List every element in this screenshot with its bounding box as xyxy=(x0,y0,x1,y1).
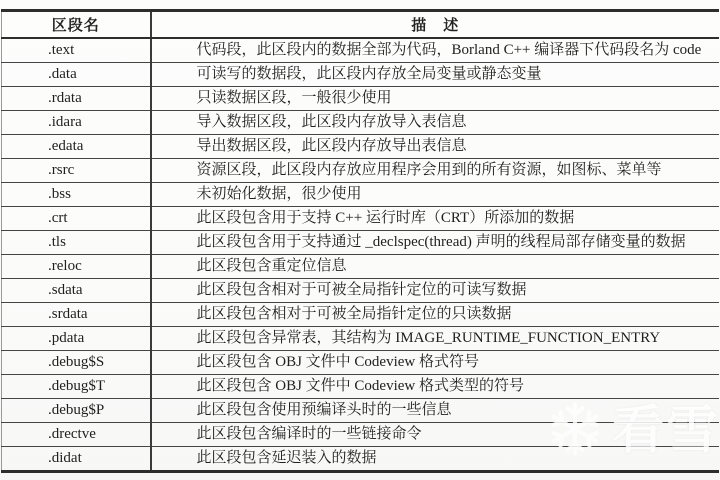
section-name-cell: .drectve xyxy=(2,423,151,447)
scanned-page-background: 区段名 描 述 .text 代码段，此区段内的数据全部为代码，Borland C… xyxy=(0,0,720,480)
table-row: .bss 未初始化数据，很少使用 xyxy=(2,183,720,207)
table-row: .debug$T 此区段包含 OBJ 文件中 Codeview 格式类型的符号 xyxy=(2,375,720,399)
table-row: .rdata 只读数据区段，一般很少使用 xyxy=(2,87,720,111)
section-name-cell: .bss xyxy=(2,183,151,207)
table-row: .tls 此区段包含用于支持通过 _declspec(thread) 声明的线程… xyxy=(2,231,720,255)
section-name-cell: .debug$S xyxy=(2,351,151,375)
section-desc-cell: 此区段包含相对于可被全局指针定位的可读写数据 xyxy=(151,279,720,303)
section-name-cell: .tls xyxy=(2,231,151,255)
section-name-cell: .idara xyxy=(2,111,151,135)
section-name-cell: .edata xyxy=(2,135,151,159)
section-desc-cell: 此区段包含编译时的一些链接命令 xyxy=(151,423,720,447)
section-name-cell: .sdata xyxy=(2,279,151,303)
section-name-cell: .text xyxy=(2,38,151,63)
section-desc-cell: 此区段包含 OBJ 文件中 Codeview 格式符号 xyxy=(151,351,720,375)
table-row: .sdata 此区段包含相对于可被全局指针定位的可读写数据 xyxy=(2,279,720,303)
section-name-cell: .debug$P xyxy=(2,399,151,423)
table-row: .srdata 此区段包含相对于可被全局指针定位的只读数据 xyxy=(2,303,720,327)
column-header-section-name: 区段名 xyxy=(2,11,151,39)
section-desc-cell: 此区段包含用于支持通过 _declspec(thread) 声明的线程局部存储变… xyxy=(151,231,720,255)
section-desc-cell: 资源区段，此区段内存放应用程序会用到的所有资源，如图标、菜单等 xyxy=(151,159,720,183)
section-desc-cell: 此区段包含相对于可被全局指针定位的只读数据 xyxy=(151,303,720,327)
table-row: .text 代码段，此区段内的数据全部为代码，Borland C++ 编译器下代… xyxy=(2,38,720,63)
section-desc-cell: 此区段包含 OBJ 文件中 Codeview 格式类型的符号 xyxy=(151,375,720,399)
section-name-cell: .data xyxy=(2,63,151,87)
section-name-cell: .didat xyxy=(2,447,151,472)
table-row: .drectve 此区段包含编译时的一些链接命令 xyxy=(2,423,720,447)
table-row: .debug$P 此区段包含使用预编译头时的一些信息 xyxy=(2,399,720,423)
section-desc-cell: 此区段包含异常表，其结构为 IMAGE_RUNTIME_FUNCTION_ENT… xyxy=(151,327,720,351)
section-desc-cell: 导入数据区段，此区段内存放导入表信息 xyxy=(151,111,720,135)
section-desc-cell: 此区段包含使用预编译头时的一些信息 xyxy=(151,399,720,423)
table-row: .didat 此区段包含延迟装入的数据 xyxy=(2,447,720,472)
column-header-description: 描 述 xyxy=(151,11,720,39)
section-desc-cell: 可读写的数据段，此区段内存放全局变量或静态变量 xyxy=(151,63,720,87)
section-desc-cell: 此区段包含用于支持 C++ 运行时库（CRT）所添加的数据 xyxy=(151,207,720,231)
section-name-cell: .pdata xyxy=(2,327,151,351)
section-desc-cell: 导出数据区段，此区段内存放导出表信息 xyxy=(151,135,720,159)
section-name-cell: .rsrc xyxy=(2,159,151,183)
pe-section-table: 区段名 描 述 .text 代码段，此区段内的数据全部为代码，Borland C… xyxy=(1,9,719,473)
section-name-cell: .debug$T xyxy=(2,375,151,399)
table-row: .edata 导出数据区段，此区段内存放导出表信息 xyxy=(2,135,720,159)
table-row: .debug$S 此区段包含 OBJ 文件中 Codeview 格式符号 xyxy=(2,351,720,375)
section-desc-cell: 只读数据区段，一般很少使用 xyxy=(151,87,720,111)
section-desc-cell: 代码段，此区段内的数据全部为代码，Borland C++ 编译器下代码段名为 c… xyxy=(151,38,720,63)
section-name-cell: .crt xyxy=(2,207,151,231)
section-desc-cell: 此区段包含延迟装入的数据 xyxy=(151,447,720,472)
section-name-cell: .rdata xyxy=(2,87,151,111)
table-header-row: 区段名 描 述 xyxy=(2,11,720,39)
section-name-cell: .srdata xyxy=(2,303,151,327)
table-row: .reloc 此区段包含重定位信息 xyxy=(2,255,720,279)
table-row: .data 可读写的数据段，此区段内存放全局变量或静态变量 xyxy=(2,63,720,87)
table-row: .crt 此区段包含用于支持 C++ 运行时库（CRT）所添加的数据 xyxy=(2,207,720,231)
section-desc-cell: 此区段包含重定位信息 xyxy=(151,255,720,279)
table-row: .idara 导入数据区段，此区段内存放导入表信息 xyxy=(2,111,720,135)
section-desc-cell: 未初始化数据，很少使用 xyxy=(151,183,720,207)
table-row: .rsrc 资源区段，此区段内存放应用程序会用到的所有资源，如图标、菜单等 xyxy=(2,159,720,183)
table-row: .pdata 此区段包含异常表，其结构为 IMAGE_RUNTIME_FUNCT… xyxy=(2,327,720,351)
section-name-cell: .reloc xyxy=(2,255,151,279)
